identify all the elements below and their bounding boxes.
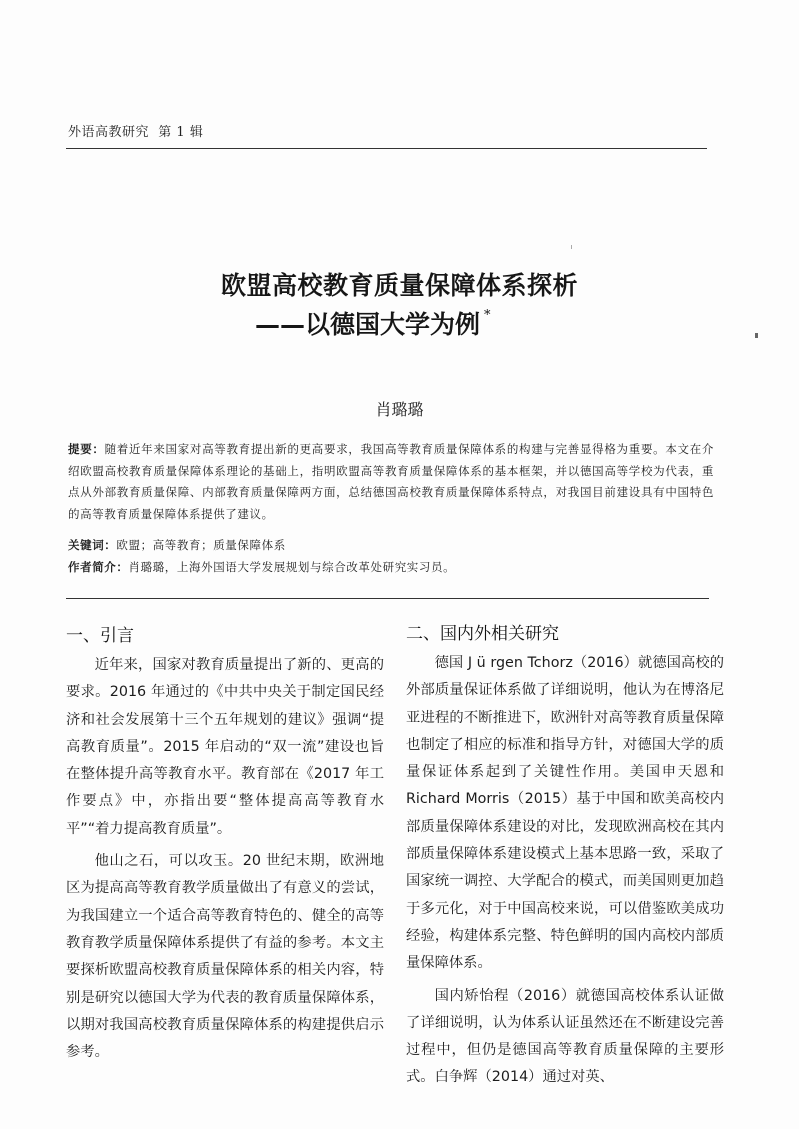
running-head: 外语高教研究 第 1 辑 [68,121,203,140]
section-heading-intro: 一、引言 [66,622,384,650]
article-subtitle: ——以德国大学为例* [255,305,491,341]
author-bio: 作者简介：肖璐璐，上海外国语大学发展规划与综合改革处研究实习员。 [68,559,714,575]
section-heading-related-research: 二、国内外相关研究 [406,620,724,648]
author-bio-text: 肖璐璐，上海外国语大学发展规划与综合改革处研究实习员。 [129,560,456,574]
journal-name: 外语高教研究 [68,125,149,140]
author-name: 肖璐璐 [0,397,799,420]
paragraph: 国内矫怡程（2016）就德国高校体系认证做了详细说明，认为体系认证虽然还在不断建… [406,983,724,1092]
paragraph: 德国 J ü rgen Tchorz（2016）就德国高校的外部质量保证体系做了… [406,650,724,978]
keywords-text: 欧盟；高等教育；质量保障体系 [116,538,285,552]
author-bio-label: 作者简介： [68,560,129,574]
abstract: 提要：随着近年来国家对高等教育提出新的更高要求，我国高等教育质量保障体系的构建与… [68,439,714,525]
subtitle-text: ——以德国大学为例 [255,310,480,339]
header-rule [66,148,707,149]
paragraph: 他山之石，可以攻玉。20 世纪末期，欧洲地区为提高高等教育教学质量做出了有意义的… [66,848,384,1066]
paragraph: 近年来，国家对教育质量提出了新的、更高的要求。2016 年通过的《中共中央关于制… [66,652,384,843]
right-column: 二、国内外相关研究 德国 J ü rgen Tchorz（2016）就德国高校的… [406,620,724,1092]
issue-number: 第 1 辑 [158,125,203,140]
abstract-text: 随着近年来国家对高等教育提出新的更高要求，我国高等教育质量保障体系的构建与完善显… [68,442,714,521]
scan-artifact [755,333,758,338]
keywords-label: 关键词： [68,538,116,552]
scan-artifact [571,245,572,249]
abstract-label: 提要： [68,442,105,456]
article-title: 欧盟高校教育质量保障体系探析 [0,266,799,302]
left-column: 一、引言 近年来，国家对教育质量提出了新的、更高的要求。2016 年通过的《中共… [66,622,384,1066]
footnote-mark: * [484,308,491,323]
keywords: 关键词：欧盟；高等教育；质量保障体系 [68,537,714,553]
abstract-rule [66,598,709,599]
